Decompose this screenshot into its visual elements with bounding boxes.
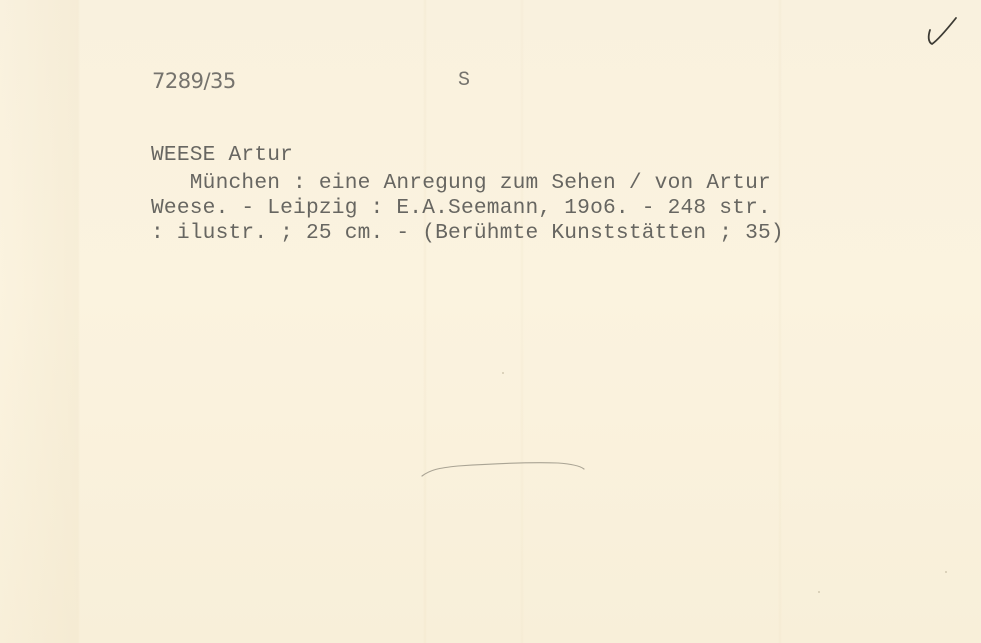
location-code: S: [458, 68, 470, 94]
catalog-card: 7289/35 S WEESE Artur München : eine Anr…: [0, 0, 981, 643]
physical-description-line: : ilustr. ; 25 cm. - (Berühmte Kunststät…: [151, 220, 784, 246]
title-line: München : eine Anregung zum Sehen / von …: [151, 170, 771, 196]
paper-speck: [502, 372, 504, 374]
publication-line: Weese. - Leipzig : E.A.Seemann, 19o6. - …: [151, 195, 771, 221]
pencil-stroke-mark: [418, 456, 588, 480]
paper-speck: [945, 571, 947, 573]
author-heading: WEESE Artur: [151, 142, 293, 168]
paper-speck: [818, 591, 820, 593]
check-mark-icon: [924, 14, 960, 46]
call-number: 7289/35: [152, 68, 236, 94]
